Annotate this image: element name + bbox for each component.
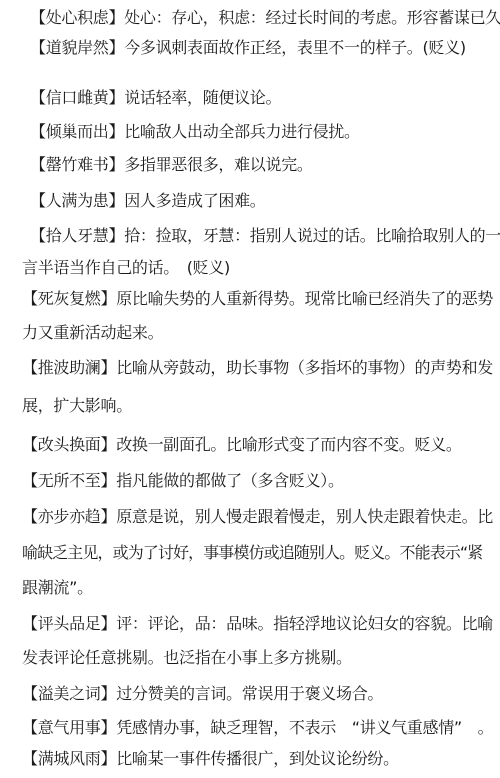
- entry-line: 【倾巢而出】比喻敌人出动全部兵力进行侵扰。: [30, 122, 360, 142]
- entry-line: 【道貌岸然】今多讽刺表面故作正经，表里不一的样子。(贬义): [30, 38, 466, 58]
- idiom-term: 【无所不至】: [22, 471, 116, 490]
- idiom-definition: 比喻敌人出动全部兵力进行侵扰。: [124, 122, 360, 141]
- entry-line: 【死灰复燃】原比喻失势的人重新得势。现常比喻已经消失了的恶势: [22, 289, 493, 309]
- entry-line: 【改头换面】改换一副面孔。比喻形式变了而内容不变。贬义。: [22, 435, 462, 455]
- entry-line: 【人满为患】因人多造成了困难。: [30, 191, 266, 211]
- idiom-term: 【人满为患】: [30, 191, 124, 210]
- entry-line: 【信口雌黄】说话轻率，随便议论。: [30, 88, 281, 108]
- entry-line: 【处心积虑】处心：存心，积虑：经过长时间的考虑。形容蓄谋已久。: [30, 8, 500, 28]
- idiom-definition: 说话轻率，随便议论。: [124, 88, 281, 107]
- idiom-definition: 凭感情办事，缺乏理智，不表示 “讲义气重感情” 。: [116, 718, 493, 737]
- idiom-term: 【死灰复燃】: [22, 289, 116, 308]
- idiom-term: 【意气用事】: [22, 718, 116, 737]
- entry-line: 【拾人牙慧】拾：捡取，牙慧：指别人说过的话。比喻拾取别人的一: [30, 226, 500, 246]
- entry-continuation-line: 言半语当作自己的话。 (贬义): [22, 258, 230, 278]
- idiom-term: 【溢美之词】: [22, 684, 116, 703]
- idiom-term: 【处心积虑】: [30, 8, 124, 27]
- entry-line: 【无所不至】指凡能做的都做了（多含贬义）。: [22, 471, 344, 491]
- idiom-definition: 比喻某一事件传播很广，到处议论纷纷。: [116, 749, 399, 768]
- idiom-term: 【推波助澜】: [22, 358, 116, 377]
- idiom-definition: 处心：存心，积虑：经过长时间的考虑。形容蓄谋已久。: [124, 8, 500, 27]
- entry-line: 【满城风雨】比喻某一事件传播很广，到处议论纷纷。: [22, 749, 399, 769]
- idiom-term: 【信口雌黄】: [30, 88, 124, 107]
- entry-continuation-line: 喻缺乏主见，或为了讨好，事事模仿或追随别人。贬义。不能表示“紧: [22, 543, 482, 563]
- idiom-definition: 拾：捡取，牙慧：指别人说过的话。比喻拾取别人的一: [124, 226, 500, 245]
- entry-line: 【亦步亦趋】原意是说，别人慢走跟着慢走，别人快走跟着快走。比: [22, 507, 493, 527]
- idiom-definition: 原意是说，别人慢走跟着慢走，别人快走跟着快走。比: [116, 507, 493, 526]
- idiom-definition: 原比喻失势的人重新得势。现常比喻已经消失了的恶势: [116, 289, 493, 308]
- entry-line: 【溢美之词】过分赞美的言词。常误用于褒义场合。: [22, 684, 383, 704]
- idiom-term: 【评头品足】: [22, 614, 116, 633]
- entry-continuation-line: 跟潮流”。: [22, 578, 93, 598]
- idiom-term: 【倾巢而出】: [30, 122, 124, 141]
- idiom-definition: 今多讽刺表面故作正经，表里不一的样子。(贬义): [124, 38, 466, 57]
- idiom-term: 【道貌岸然】: [30, 38, 124, 57]
- idiom-term: 【亦步亦趋】: [22, 507, 116, 526]
- entry-line: 【罄竹难书】多指罪恶很多，难以说完。: [30, 155, 313, 175]
- entry-continuation-line: 发表评论任意挑剔。也泛指在小事上多方挑剔。: [22, 648, 352, 668]
- entry-continuation-line: 力又重新活动起来。: [22, 323, 163, 343]
- entry-line: 【评头品足】评：评论，品：品味。指轻浮地议论妇女的容貌。比喻: [22, 614, 493, 634]
- idiom-definition: 过分赞美的言词。常误用于褒义场合。: [116, 684, 383, 703]
- idiom-definition: 改换一副面孔。比喻形式变了而内容不变。贬义。: [116, 435, 461, 454]
- entry-line: 【推波助澜】比喻从旁鼓动，助长事物（多指坏的事物）的声势和发: [22, 358, 493, 378]
- idiom-definition: 多指罪恶很多，难以说完。: [124, 155, 312, 174]
- entry-continuation-line: 展，扩大影响。: [22, 396, 132, 416]
- idiom-definition: 因人多造成了困难。: [124, 191, 265, 210]
- idiom-definition: 指凡能做的都做了（多含贬义）。: [116, 471, 344, 490]
- idiom-term: 【满城风雨】: [22, 749, 116, 768]
- idiom-definition: 比喻从旁鼓动，助长事物（多指坏的事物）的声势和发: [116, 358, 493, 377]
- idiom-term: 【罄竹难书】: [30, 155, 124, 174]
- idiom-term: 【改头换面】: [22, 435, 116, 454]
- entry-line: 【意气用事】凭感情办事，缺乏理智，不表示 “讲义气重感情” 。: [22, 718, 493, 738]
- idiom-term: 【拾人牙慧】: [30, 226, 124, 245]
- idiom-definition: 评：评论，品：品味。指轻浮地议论妇女的容貌。比喻: [116, 614, 493, 633]
